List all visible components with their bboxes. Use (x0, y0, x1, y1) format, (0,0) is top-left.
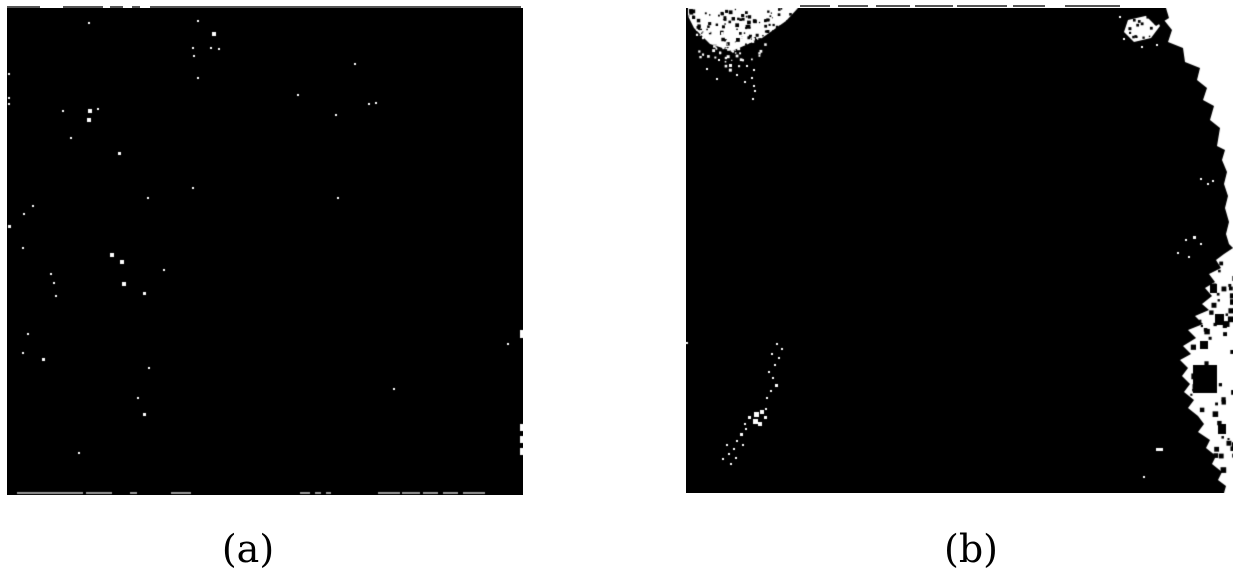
scan-artifact-line (1065, 5, 1120, 7)
scan-artifact-line (7, 6, 40, 8)
scan-artifact-line (838, 5, 868, 7)
scan-artifact-line (110, 6, 123, 8)
scan-artifact-line (957, 5, 1007, 7)
scan-artifact-line (150, 6, 521, 8)
panel-label-b: (b) (944, 530, 998, 568)
binary-image-panel-b (686, 8, 1233, 493)
scan-artifact-line (915, 5, 953, 7)
scan-artifact-line (132, 6, 140, 8)
scan-artifact-line (876, 5, 910, 7)
panel-label-a: (a) (222, 530, 274, 568)
scan-artifact-line (63, 6, 103, 8)
scan-artifact-line (1013, 5, 1045, 7)
binary-image-panel-a (7, 8, 523, 495)
scan-artifact-line (800, 5, 830, 7)
two-panel-binary-image-figure: (a) (b) (0, 0, 1240, 581)
